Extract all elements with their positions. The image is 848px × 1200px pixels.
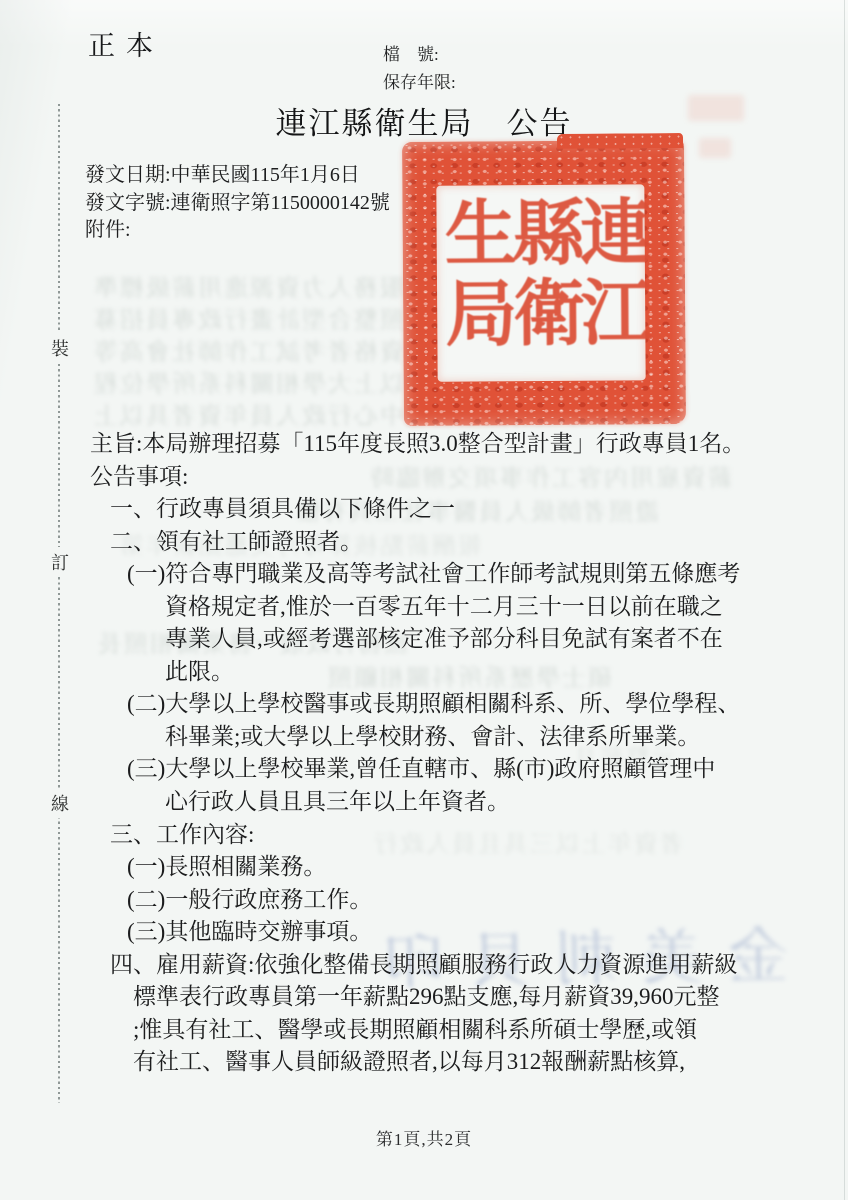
bleedthrough-text: 規定資格者考試工作師社會高等: [92, 332, 456, 367]
bleedthrough-text: 照顧服務人力資源進用薪級標準: [92, 268, 456, 303]
body-line: 科畢業;或大學以上學校財務、會計、法律系所畢業。: [0, 721, 848, 754]
bleedthrough-text: 學校以上大學相關科系所學位程: [92, 364, 456, 399]
body-line: 心行政人員且具三年以上年資者。: [0, 786, 848, 819]
body-line-sub1: (一)符合專門職業及高等考試社會工作師考試規則第五條應考: [0, 558, 848, 591]
dispatch-info-block: 發文日期:中華民國115年1月6日 發文字號:連衛照字第1150000142號 …: [85, 162, 390, 245]
official-seal-text: 連江縣衛生局: [439, 194, 643, 371]
body-line: 標準表行政專員第一年薪點296點支應,每月薪資39,960元整: [0, 981, 848, 1014]
body-line-item2: 二、領有社工師證照者。: [0, 526, 848, 559]
body-line-subject: 主旨:本局辦理招募「115年度長照3.0整合型計畫」行政專員1名。: [0, 428, 848, 461]
body-line-sub2: (二)大學以上學校醫事或長期照顧相關科系、所、學位學程、: [0, 688, 848, 721]
body-line-item4: 四、雇用薪資:依強化整備長期照顧服務行政人力資源進用薪級: [0, 949, 848, 982]
copy-type-label: 正本: [88, 24, 164, 63]
file-number-label: 檔 號:: [383, 41, 456, 69]
page-number: 第1頁,共2頁: [0, 1125, 848, 1150]
body-line-item3: 三、工作內容:: [0, 819, 848, 852]
body-line-sub1: (一)長照相關業務。: [0, 851, 848, 884]
seal-bleedthrough-mark: [688, 95, 744, 121]
body-line: 資格規定者,惟於一百零五年十二月三十一日以前在職之: [0, 591, 848, 624]
bleedthrough-text: 期長照整合型計畫行政專員招募: [92, 300, 456, 335]
dispatch-number: 發文字號:連衛照字第1150000142號: [85, 190, 390, 218]
retention-period-label: 保存年限:: [383, 69, 456, 97]
official-seal-inner: 連江縣衛生局: [436, 184, 645, 381]
body-line-sub3: (三)大學以上學校畢業,曾任直轄市、縣(市)政府照顧管理中: [0, 753, 848, 786]
body-line: 有社工、醫事人員師級證照者,以每月312報酬薪點核算,: [0, 1046, 848, 1079]
binding-mark-zhuang: 裝: [46, 333, 74, 363]
body-line-sub3: (三)其他臨時交辦事項。: [0, 916, 848, 949]
announcement-body: 主旨:本局辦理招募「115年度長照3.0整合型計畫」行政專員1名。 公告事項: …: [0, 428, 848, 1079]
seal-bleedthrough-mark: [699, 138, 731, 158]
body-line-heading: 公告事項:: [0, 461, 848, 494]
body-line-item1: 一、行政專員須具備以下條件之一: [0, 493, 848, 526]
body-line-sub2: (二)一般行政庶務工作。: [0, 884, 848, 917]
dispatch-date: 發文日期:中華民國115年1月6日: [85, 162, 390, 190]
archive-info-block: 檔 號: 保存年限:: [383, 41, 456, 97]
body-line: 專業人員,或經考選部核定准予部分科目免試有案者不在: [0, 623, 848, 656]
body-line: 此限。: [0, 656, 848, 689]
scanned-document-page: 照顧服務人力資源進用薪級標準 期長照整合型計畫行政專員招募 規定資格者考試工作師…: [0, 0, 848, 1200]
body-line: ;惟具有社工、醫學或長期照顧相關科系所碩士學歷,或領: [0, 1014, 848, 1047]
attachment-label: 附件:: [85, 217, 390, 245]
official-seal: 連江縣衛生局: [402, 140, 686, 426]
